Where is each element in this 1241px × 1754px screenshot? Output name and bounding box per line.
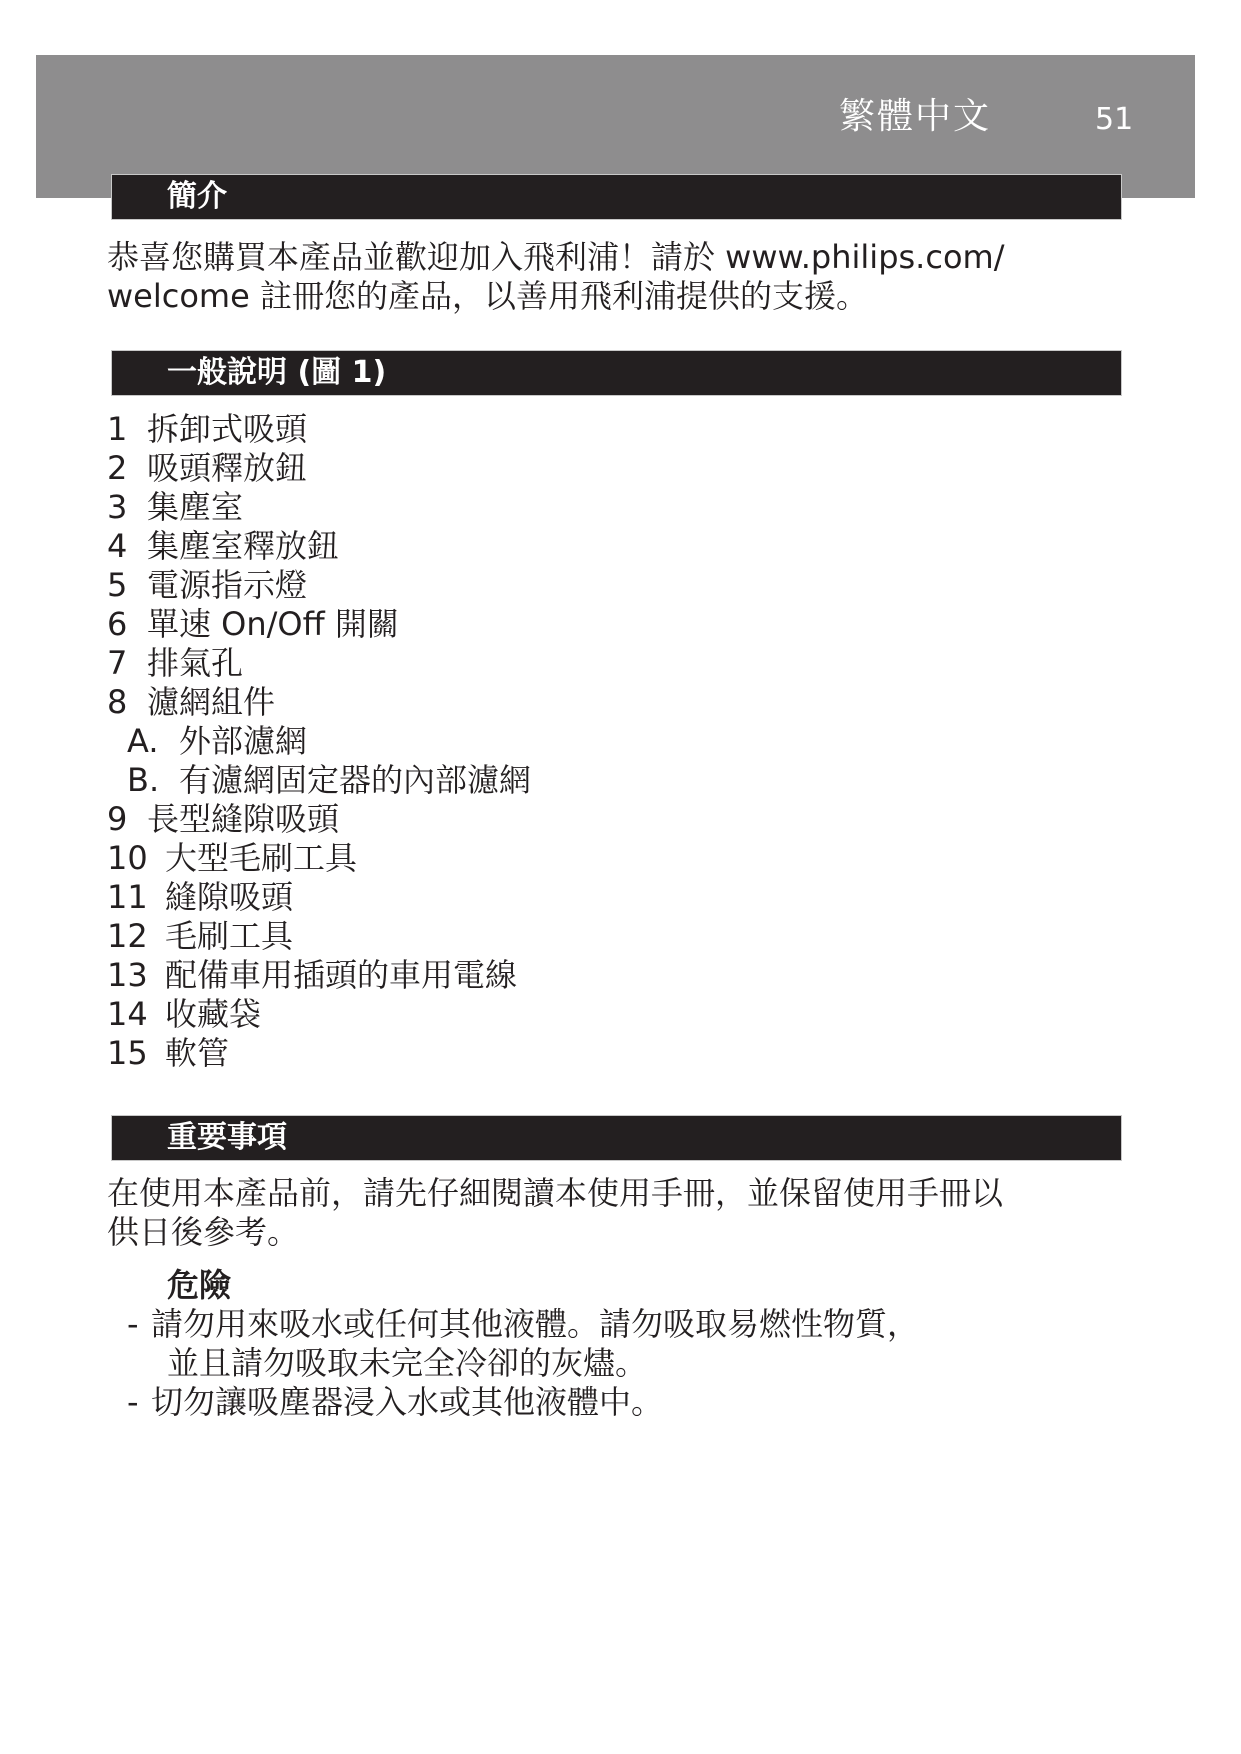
item-label: 拆卸式吸頭: [147, 410, 307, 449]
list-item: 5電源指示燈: [107, 566, 531, 605]
list-item: 15軟管: [107, 1034, 531, 1073]
list-item: 8濾網組件: [107, 683, 531, 722]
item-label: 電源指示燈: [147, 566, 307, 605]
item-number: 7: [107, 644, 147, 683]
item-label: 配備車用插頭的車用電線: [165, 956, 517, 995]
list-item: 11縫隙吸頭: [107, 878, 531, 917]
page-number: 51: [1095, 100, 1133, 140]
important-paragraph-line-1: 在使用本產品前，請先仔細閱讀本使用手冊，並保留使用手冊以: [107, 1174, 1003, 1213]
item-number: 12: [107, 917, 165, 956]
item-label: 縫隙吸頭: [165, 878, 293, 917]
bullet-dash: -: [127, 1305, 151, 1383]
item-number: B.: [127, 761, 179, 800]
important-paragraph-line-2: 供日後參考。: [107, 1213, 299, 1252]
item-number: A.: [127, 722, 179, 761]
item-label: 有濾網固定器的內部濾網: [179, 761, 531, 800]
item-number: 3: [107, 488, 147, 527]
item-label: 集塵室釋放鈕: [147, 527, 339, 566]
item-label: 單速 On/Off 開關: [147, 605, 399, 644]
bullet-text-line-1: 切勿讓吸塵器浸入水或其他液體中。: [151, 1383, 663, 1422]
danger-heading: 危險: [167, 1265, 231, 1305]
bullet-item: - 切勿讓吸塵器浸入水或其他液體中。: [127, 1383, 919, 1422]
section-title: 一般說明 (圖 1): [167, 354, 386, 392]
list-subitem: A.外部濾網: [107, 722, 531, 761]
item-label: 濾網組件: [147, 683, 275, 722]
item-number: 15: [107, 1034, 165, 1073]
item-label: 外部濾網: [179, 722, 307, 761]
section-title: 重要事項: [167, 1119, 287, 1157]
section-header-intro: 簡介: [111, 174, 1122, 220]
list-subitem: B.有濾網固定器的內部濾網: [107, 761, 531, 800]
section-header-important: 重要事項: [111, 1115, 1122, 1161]
item-number: 5: [107, 566, 147, 605]
list-item: 10大型毛刷工具: [107, 839, 531, 878]
list-item: 6單速 On/Off 開關: [107, 605, 531, 644]
item-label: 收藏袋: [165, 995, 261, 1034]
list-item: 9長型縫隙吸頭: [107, 800, 531, 839]
item-number: 14: [107, 995, 165, 1034]
item-label: 毛刷工具: [165, 917, 293, 956]
item-label: 長型縫隙吸頭: [147, 800, 339, 839]
language-title: 繁體中文: [839, 95, 991, 139]
list-item: 3集塵室: [107, 488, 531, 527]
item-label: 軟管: [165, 1034, 229, 1073]
item-number: 11: [107, 878, 165, 917]
list-item: 12毛刷工具: [107, 917, 531, 956]
section-title: 簡介: [167, 178, 227, 216]
item-number: 2: [107, 449, 147, 488]
item-label: 吸頭釋放鈕: [147, 449, 307, 488]
item-label: 排氣孔: [147, 644, 243, 683]
item-number: 13: [107, 956, 165, 995]
list-item: 4集塵室釋放鈕: [107, 527, 531, 566]
list-item: 14收藏袋: [107, 995, 531, 1034]
section-header-general-description: 一般說明 (圖 1): [111, 350, 1122, 396]
parts-list: 1拆卸式吸頭 2吸頭釋放鈕 3集塵室 4集塵室釋放鈕 5電源指示燈 6單速 On…: [107, 410, 531, 1073]
item-number: 10: [107, 839, 165, 878]
list-item: 13配備車用插頭的車用電線: [107, 956, 531, 995]
item-label: 集塵室: [147, 488, 243, 527]
list-item: 1拆卸式吸頭: [107, 410, 531, 449]
intro-paragraph-line-2: welcome 註冊您的產品，以善用飛利浦提供的支援。: [107, 277, 868, 316]
item-number: 4: [107, 527, 147, 566]
list-item: 7排氣孔: [107, 644, 531, 683]
item-number: 9: [107, 800, 147, 839]
item-number: 6: [107, 605, 147, 644]
danger-bullet-list: - 請勿用來吸水或任何其他液體。請勿吸取易燃性物質， 並且請勿吸取未完全冷卻的灰…: [127, 1305, 919, 1422]
item-label: 大型毛刷工具: [165, 839, 357, 878]
item-number: 1: [107, 410, 147, 449]
list-item: 2吸頭釋放鈕: [107, 449, 531, 488]
manual-page: 繁體中文 51 簡介 恭喜您購買本產品並歡迎加入飛利浦！請於 www.phili…: [0, 0, 1241, 1754]
item-number: 8: [107, 683, 147, 722]
bullet-item: - 請勿用來吸水或任何其他液體。請勿吸取易燃性物質， 並且請勿吸取未完全冷卻的灰…: [127, 1305, 919, 1383]
intro-paragraph-line-1: 恭喜您購買本產品並歡迎加入飛利浦！請於 www.philips.com/: [107, 238, 1004, 277]
bullet-text-line-1: 請勿用來吸水或任何其他液體。請勿吸取易燃性物質，: [151, 1305, 919, 1344]
bullet-dash: -: [127, 1383, 151, 1422]
bullet-text-line-2: 並且請勿吸取未完全冷卻的灰燼。: [151, 1344, 919, 1383]
